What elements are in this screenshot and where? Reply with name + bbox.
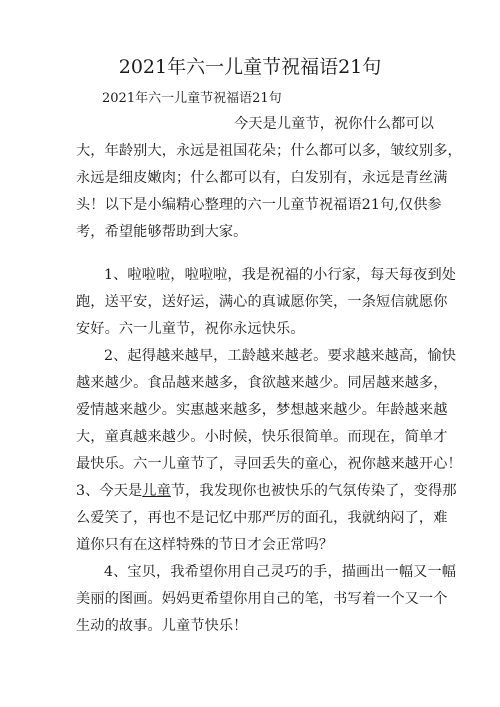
- item-line: 美丽的图画。妈妈更希望你用自己的笔，书写着一个又一个: [76, 586, 432, 613]
- intro-line: 头！以下是小编精心整理的六一儿童节祝福语21句,仅供参: [76, 192, 432, 219]
- subtitle: 2021年六一儿童节祝福语21句: [102, 90, 282, 108]
- item-2: 2、起得越来越早，工龄越来越老。要求越来越高，愉快 越来越少。食品越来越多，食欲…: [76, 343, 432, 478]
- item-line: 4、宝贝，我希望你用自己灵巧的手，描画出一幅又一幅: [76, 559, 432, 586]
- intro-line: 今天是儿童节，祝你什么都可以: [76, 111, 432, 138]
- item-line: 最快乐。六一儿童节了，寻回丢失的童心，祝你越来越开心！: [76, 451, 432, 478]
- intro-line: 永远是细皮嫩肉；什么都可以有，白发别有，永远是青丝满: [76, 165, 432, 192]
- item-line: 越来越少。食品越来越多，食欲越来越少。同居越来越多，: [76, 370, 432, 397]
- page-title: 2021年六一儿童节祝福语21句: [0, 54, 500, 80]
- item-4: 4、宝贝，我希望你用自己灵巧的手，描画出一幅又一幅 美丽的图画。妈妈更希望你用自…: [76, 559, 432, 640]
- intro-line: 大，年龄别大，永远是祖国花朵；什么都可以多，皱纹别多，: [76, 138, 432, 165]
- item-line: 1、啦啦啦，啦啦啦，我是祝福的小行家，每天每夜到处: [76, 262, 432, 289]
- intro-line: 考，希望能够帮助到大家。: [76, 219, 432, 246]
- item-line: 么爱笑了，再也不是记忆中那严厉的面孔，我就纳闷了，难: [76, 505, 432, 532]
- item-line: 爱情越来越少。实惠越来越多，梦想越来越少。年龄越来越: [76, 397, 432, 424]
- item-line: 2、起得越来越早，工龄越来越老。要求越来越高，愉快: [76, 343, 432, 370]
- item-line: 3、今天是儿童节，我发现你也被快乐的气氛传染了，变得那: [76, 478, 432, 505]
- intro-paragraph: 今天是儿童节，祝你什么都可以 大，年龄别大，永远是祖国花朵；什么都可以多，皱纹别…: [76, 111, 432, 246]
- item-text: 3、今天是: [76, 483, 142, 499]
- item-line: 跑，送平安，送好运，满心的真诚愿你笑，一条短信就愿你: [76, 289, 432, 316]
- item-1: 1、啦啦啦，啦啦啦，我是祝福的小行家，每天每夜到处 跑，送平安，送好运，满心的真…: [76, 262, 432, 343]
- item-3: 3、今天是儿童节，我发现你也被快乐的气氛传染了，变得那 么爱笑了，再也不是记忆中…: [76, 478, 432, 559]
- item-line: 安好。六一儿童节，祝你永远快乐。: [76, 316, 432, 343]
- item-line: 生动的故事。儿童节快乐！: [76, 613, 432, 640]
- item-text: 节，我发现你也被快乐的气氛传染了，变得那: [171, 483, 457, 499]
- children-link[interactable]: 儿童: [142, 483, 171, 499]
- item-line: 大，童真越来越少。小时候，快乐很简单。而现在，简单才: [76, 424, 432, 451]
- item-line: 道你只有在这样特殊的节日才会正常吗？: [76, 532, 432, 559]
